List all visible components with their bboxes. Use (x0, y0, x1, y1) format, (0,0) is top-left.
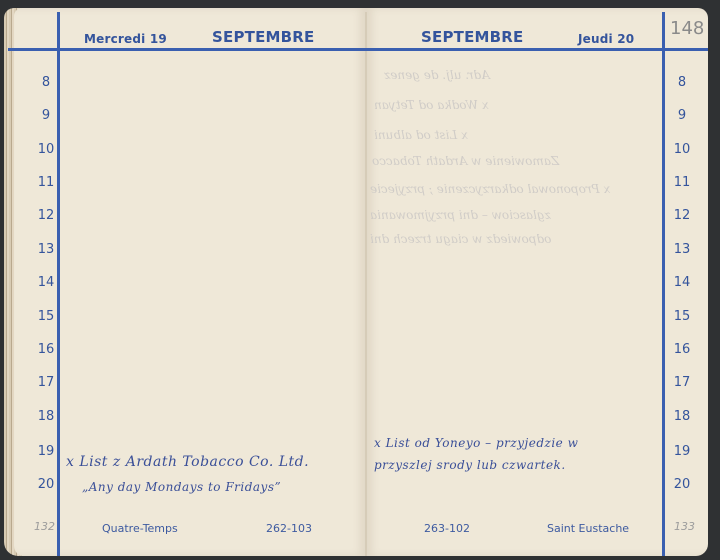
hour-label: 16 (34, 342, 58, 357)
handwritten-entry-right-1: x List od Yoneyo – przyjedzie w (374, 436, 578, 450)
ghost-line: x Wodka od Tetyan (374, 98, 489, 112)
handwritten-entry-left-1: x List z Ardath Tobacco Co. Ltd. (66, 454, 309, 470)
right-page (366, 8, 708, 556)
hour-label: 14 (670, 275, 694, 290)
hour-label: 17 (670, 375, 694, 390)
right-month-title: SEPTEMBRE (421, 28, 523, 46)
ghost-line: odpowiedz w ciagu trzech dni (370, 232, 551, 246)
hour-label: 14 (34, 275, 58, 290)
left-footer-daycount: 262-103 (266, 522, 312, 535)
hour-label: 20 (34, 477, 58, 492)
hour-label: 12 (670, 208, 694, 223)
right-footer-saint: Saint Eustache (547, 522, 629, 535)
hour-label: 19 (34, 444, 58, 459)
open-diary: Mercredi 19 SEPTEMBRE SEPTEMBRE Jeudi 20… (4, 4, 712, 556)
hour-label: 10 (34, 142, 58, 157)
ghost-line: zglasciow – dni przyjmowania (370, 208, 551, 222)
hour-label: 16 (670, 342, 694, 357)
hour-label: 18 (34, 409, 58, 424)
right-day-label: Jeudi 20 (578, 32, 634, 46)
hour-label: 9 (670, 108, 694, 123)
left-footer-feast: Quatre-Temps (102, 522, 178, 535)
hour-label: 10 (670, 142, 694, 157)
handwritten-entry-right-2: przyszlej srody lub czwartek. (374, 458, 566, 472)
hour-label: 13 (34, 242, 58, 257)
hour-label: 11 (670, 175, 694, 190)
left-day-label: Mercredi 19 (84, 32, 167, 46)
pencil-page-number: 148 (670, 18, 704, 39)
hour-label: 8 (670, 75, 694, 90)
hour-label: 9 (34, 108, 58, 123)
hour-label: 13 (670, 242, 694, 257)
right-pencil-number: 133 (674, 520, 695, 533)
right-margin-rule (662, 12, 665, 556)
ghost-line: x Proponowal odkarzyczenie ; przyjecie (370, 182, 610, 196)
handwritten-entry-left-2: „Any day Mondays to Fridays” (82, 480, 281, 494)
book-gutter (365, 12, 367, 556)
hour-label: 12 (34, 208, 58, 223)
hour-label: 19 (670, 444, 694, 459)
ghost-line: x List od albuni (374, 128, 468, 142)
hour-label: 11 (34, 175, 58, 190)
hour-label: 8 (34, 75, 58, 90)
ghost-line: Adr. ulj. de genez (384, 68, 490, 82)
left-page (14, 8, 366, 556)
ghost-line: Zamowienie w Ardath Tobacco (372, 154, 559, 168)
right-footer-daycount: 263-102 (424, 522, 470, 535)
left-pencil-number: 132 (34, 520, 55, 533)
hour-label: 18 (670, 409, 694, 424)
hour-label: 15 (34, 309, 58, 324)
hour-label: 15 (670, 309, 694, 324)
hour-label: 17 (34, 375, 58, 390)
header-rule (8, 48, 708, 51)
left-month-title: SEPTEMBRE (212, 28, 314, 46)
hour-label: 20 (670, 477, 694, 492)
